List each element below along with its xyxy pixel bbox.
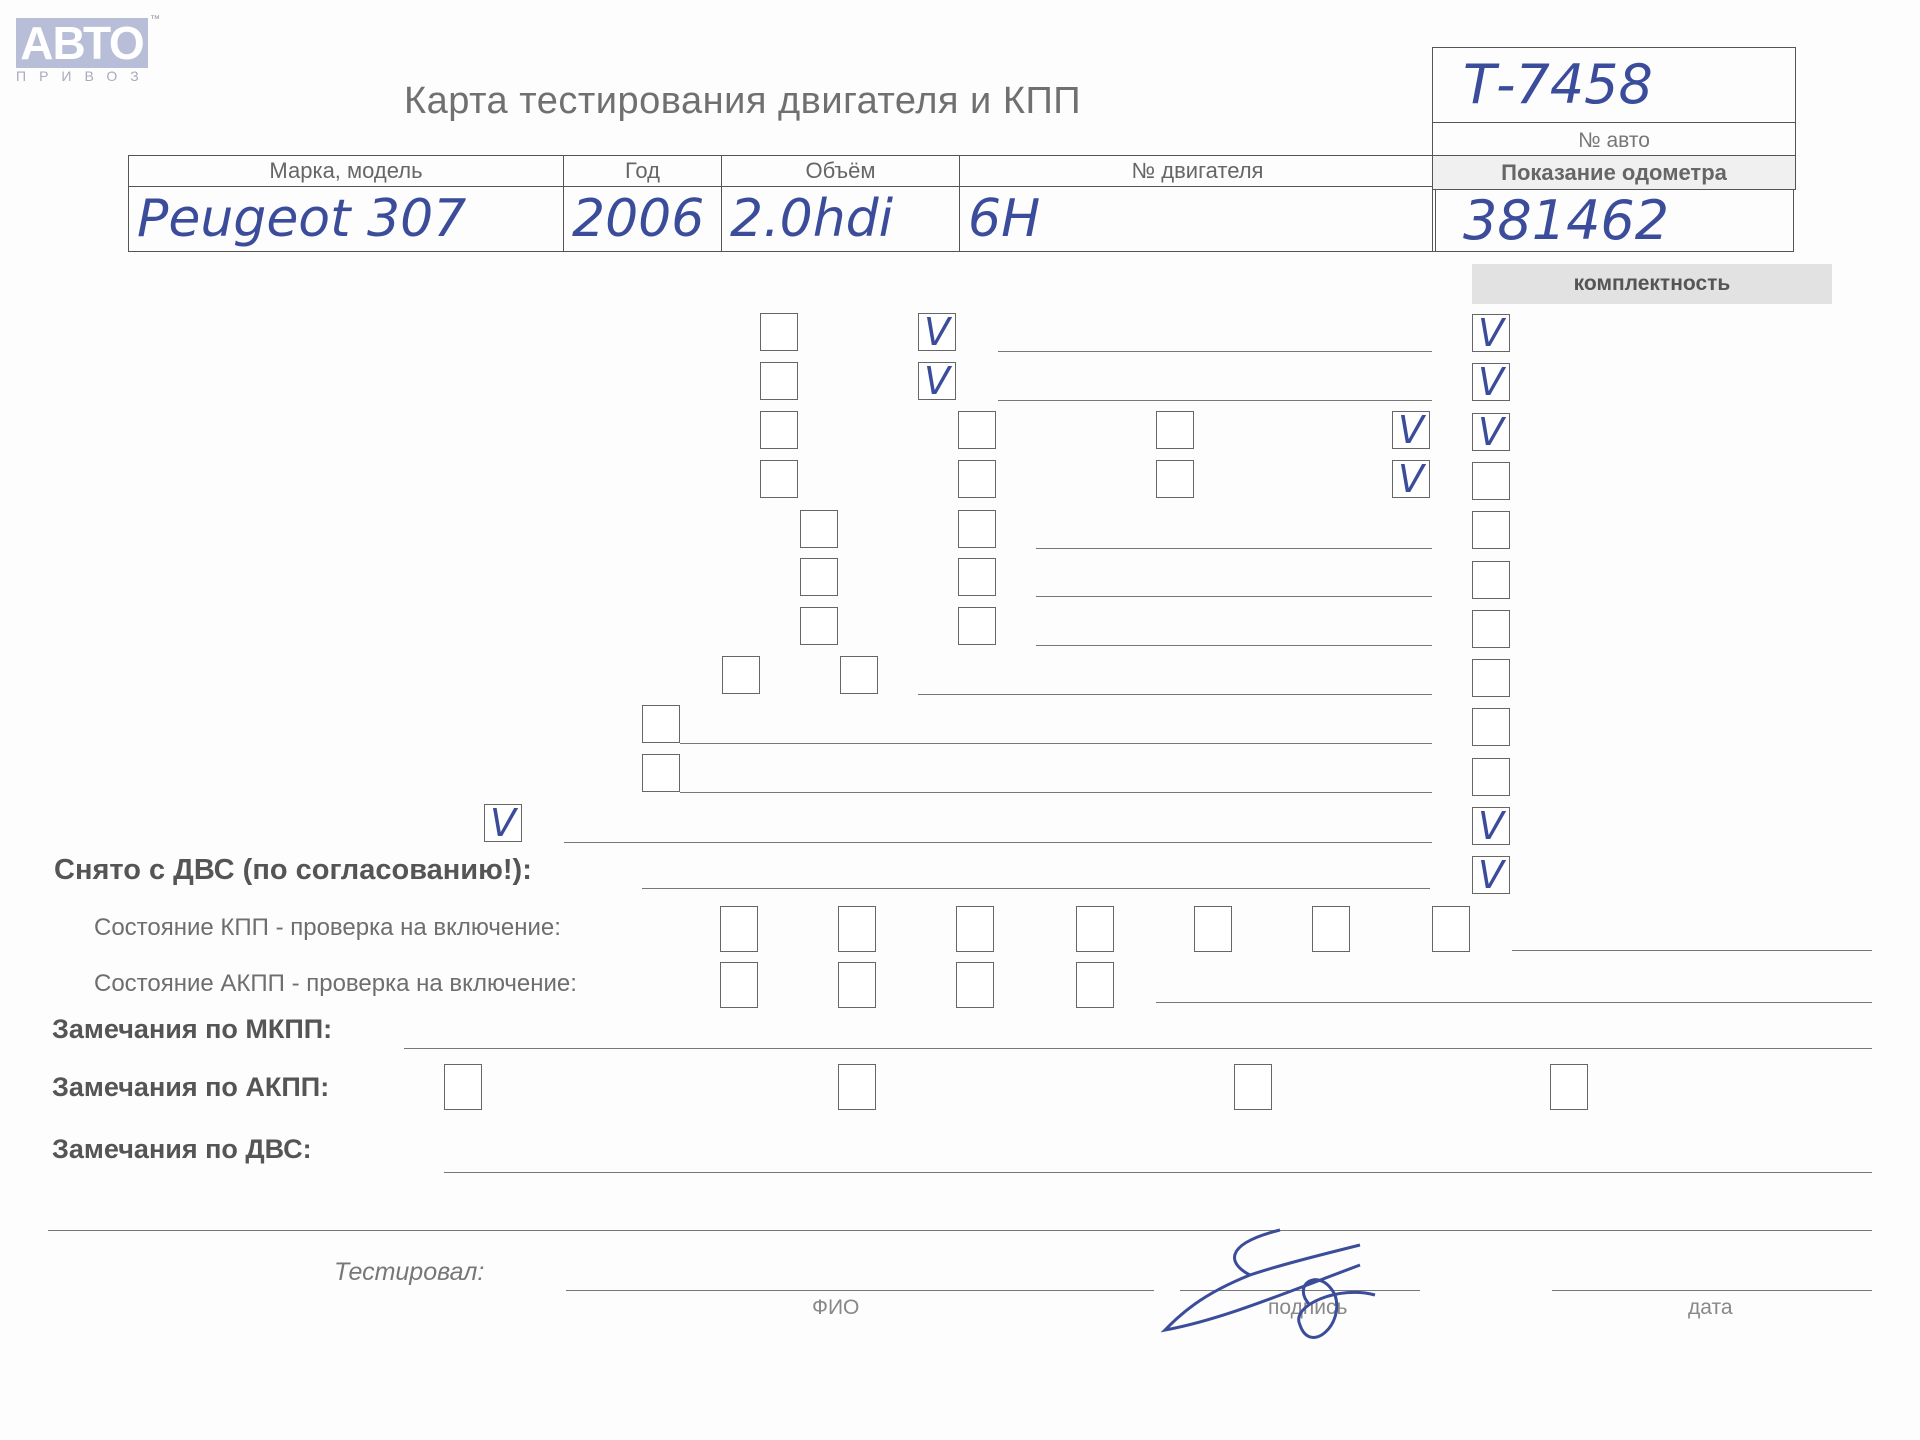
completeness-checkbox[interactable] [1472,511,1510,549]
auto-number-box: Т-7458 № авто [1432,47,1796,159]
volume-field[interactable]: 2.0hdi [722,187,960,252]
option-checkbox[interactable]: V [918,313,956,351]
gear-checkbox[interactable] [1432,906,1470,952]
gear-checkbox[interactable] [838,906,876,952]
remarks-extra-line[interactable] [48,1230,1872,1231]
option-checkbox[interactable] [958,411,996,449]
completeness-checkbox[interactable] [1472,758,1510,796]
auto-gearbox-label: Состояние АКПП - проверка на включение: [94,970,577,998]
option-checkbox[interactable] [1156,411,1194,449]
akpp-remark-checkbox[interactable] [838,1064,876,1110]
completeness-checkbox[interactable]: V [1472,314,1510,352]
remarks-akpp-label: Замечания по АКПП: [52,1072,329,1103]
option-checkbox[interactable]: V [1392,460,1430,498]
gear-checkbox[interactable] [838,962,876,1008]
header-make-model: Марка, модель [129,156,564,187]
gear-checkbox[interactable] [1076,962,1114,1008]
remarks-dvs-label: Замечания по ДВС: [52,1134,312,1165]
notes-line[interactable] [1036,596,1432,597]
header-volume: Объём [722,156,960,187]
option-checkbox[interactable] [760,313,798,351]
engine-no-field[interactable]: 6H [960,187,1436,252]
logo-trademark: ™ [150,14,160,25]
option-checkbox[interactable] [760,460,798,498]
odometer-field[interactable]: 381462 [1432,190,1794,252]
logo-subtitle: ПРИВОЗ [16,68,152,84]
date-caption: дата [1688,1296,1733,1320]
completeness-title: комплектность [1472,264,1832,304]
removed-label: Снято с ДВС (по согласованию!): [54,854,532,887]
page-title: Карта тестирования двигателя и КПП [404,80,1081,123]
date-line[interactable] [1552,1290,1872,1291]
completeness-checkbox[interactable]: V [1472,807,1510,845]
option-checkbox[interactable] [958,510,996,548]
tested-by-label: Тестировал: [334,1258,484,1287]
option-checkbox[interactable] [722,656,760,694]
gear-checkbox[interactable] [1312,906,1350,952]
name-caption: ФИО [812,1296,859,1320]
option-checkbox[interactable] [642,754,680,792]
option-checkbox[interactable] [642,705,680,743]
completeness-checkbox[interactable] [1472,610,1510,648]
option-checkbox[interactable] [800,510,838,548]
remarks-mkpp-label: Замечания по МКПП: [52,1014,332,1045]
gear-checkbox[interactable] [720,962,758,1008]
notes-line[interactable] [564,842,1432,843]
akpp-remark-checkbox[interactable] [444,1064,482,1110]
completeness-checkbox[interactable]: V [1472,413,1510,451]
completeness-checkbox[interactable] [1472,659,1510,697]
header-engine-no: № двигателя [960,156,1436,187]
manual-gearbox-line[interactable] [1512,950,1872,951]
completeness-checkbox[interactable]: V [1472,363,1510,401]
option-checkbox[interactable] [958,460,996,498]
notes-line[interactable] [1036,548,1432,549]
notes-line[interactable] [680,792,1432,793]
signature-scribble [1160,1225,1420,1355]
option-checkbox[interactable] [958,558,996,596]
manual-gearbox-label: Состояние КПП - проверка на включение: [94,914,561,942]
auto-number-field[interactable]: Т-7458 [1433,48,1795,123]
option-checkbox[interactable] [1156,460,1194,498]
option-checkbox[interactable] [800,607,838,645]
notes-line[interactable] [998,351,1432,352]
notes-line[interactable] [998,400,1432,401]
gear-checkbox[interactable] [956,906,994,952]
akpp-remark-checkbox[interactable] [1234,1064,1272,1110]
tester-name-line[interactable] [566,1290,1154,1291]
completeness-checkbox[interactable] [1472,462,1510,500]
header-year: Год [564,156,722,187]
notes-line[interactable] [918,694,1432,695]
vehicle-table: Марка, модель Год Объём № двигателя Peug… [128,155,1436,252]
gear-checkbox[interactable] [956,962,994,1008]
notes-line[interactable] [680,743,1432,744]
make-model-field[interactable]: Peugeot 307 [129,187,564,252]
odometer-label: Показание одометра [1432,155,1796,190]
option-checkbox[interactable] [760,362,798,400]
gear-checkbox[interactable] [1194,906,1232,952]
completeness-checkbox[interactable] [1472,561,1510,599]
removed-line[interactable] [642,888,1430,889]
option-checkbox[interactable] [958,607,996,645]
gear-checkbox[interactable] [720,906,758,952]
remarks-dvs-line[interactable] [444,1172,1872,1173]
completeness-checkbox[interactable] [1472,708,1510,746]
option-checkbox[interactable]: V [484,804,522,842]
logo: АВТО [16,18,148,68]
option-checkbox[interactable] [840,656,878,694]
option-checkbox[interactable]: V [918,362,956,400]
notes-line[interactable] [1036,645,1432,646]
akpp-remark-checkbox[interactable] [1550,1064,1588,1110]
gear-checkbox[interactable] [1076,906,1114,952]
year-field[interactable]: 2006 [564,187,722,252]
completeness-checkbox[interactable]: V [1472,856,1510,894]
auto-gearbox-line[interactable] [1156,1002,1872,1003]
option-checkbox[interactable]: V [1392,411,1430,449]
option-checkbox[interactable] [760,411,798,449]
option-checkbox[interactable] [800,558,838,596]
remarks-mkpp-line[interactable] [404,1048,1872,1049]
auto-number-label: № авто [1433,123,1795,159]
